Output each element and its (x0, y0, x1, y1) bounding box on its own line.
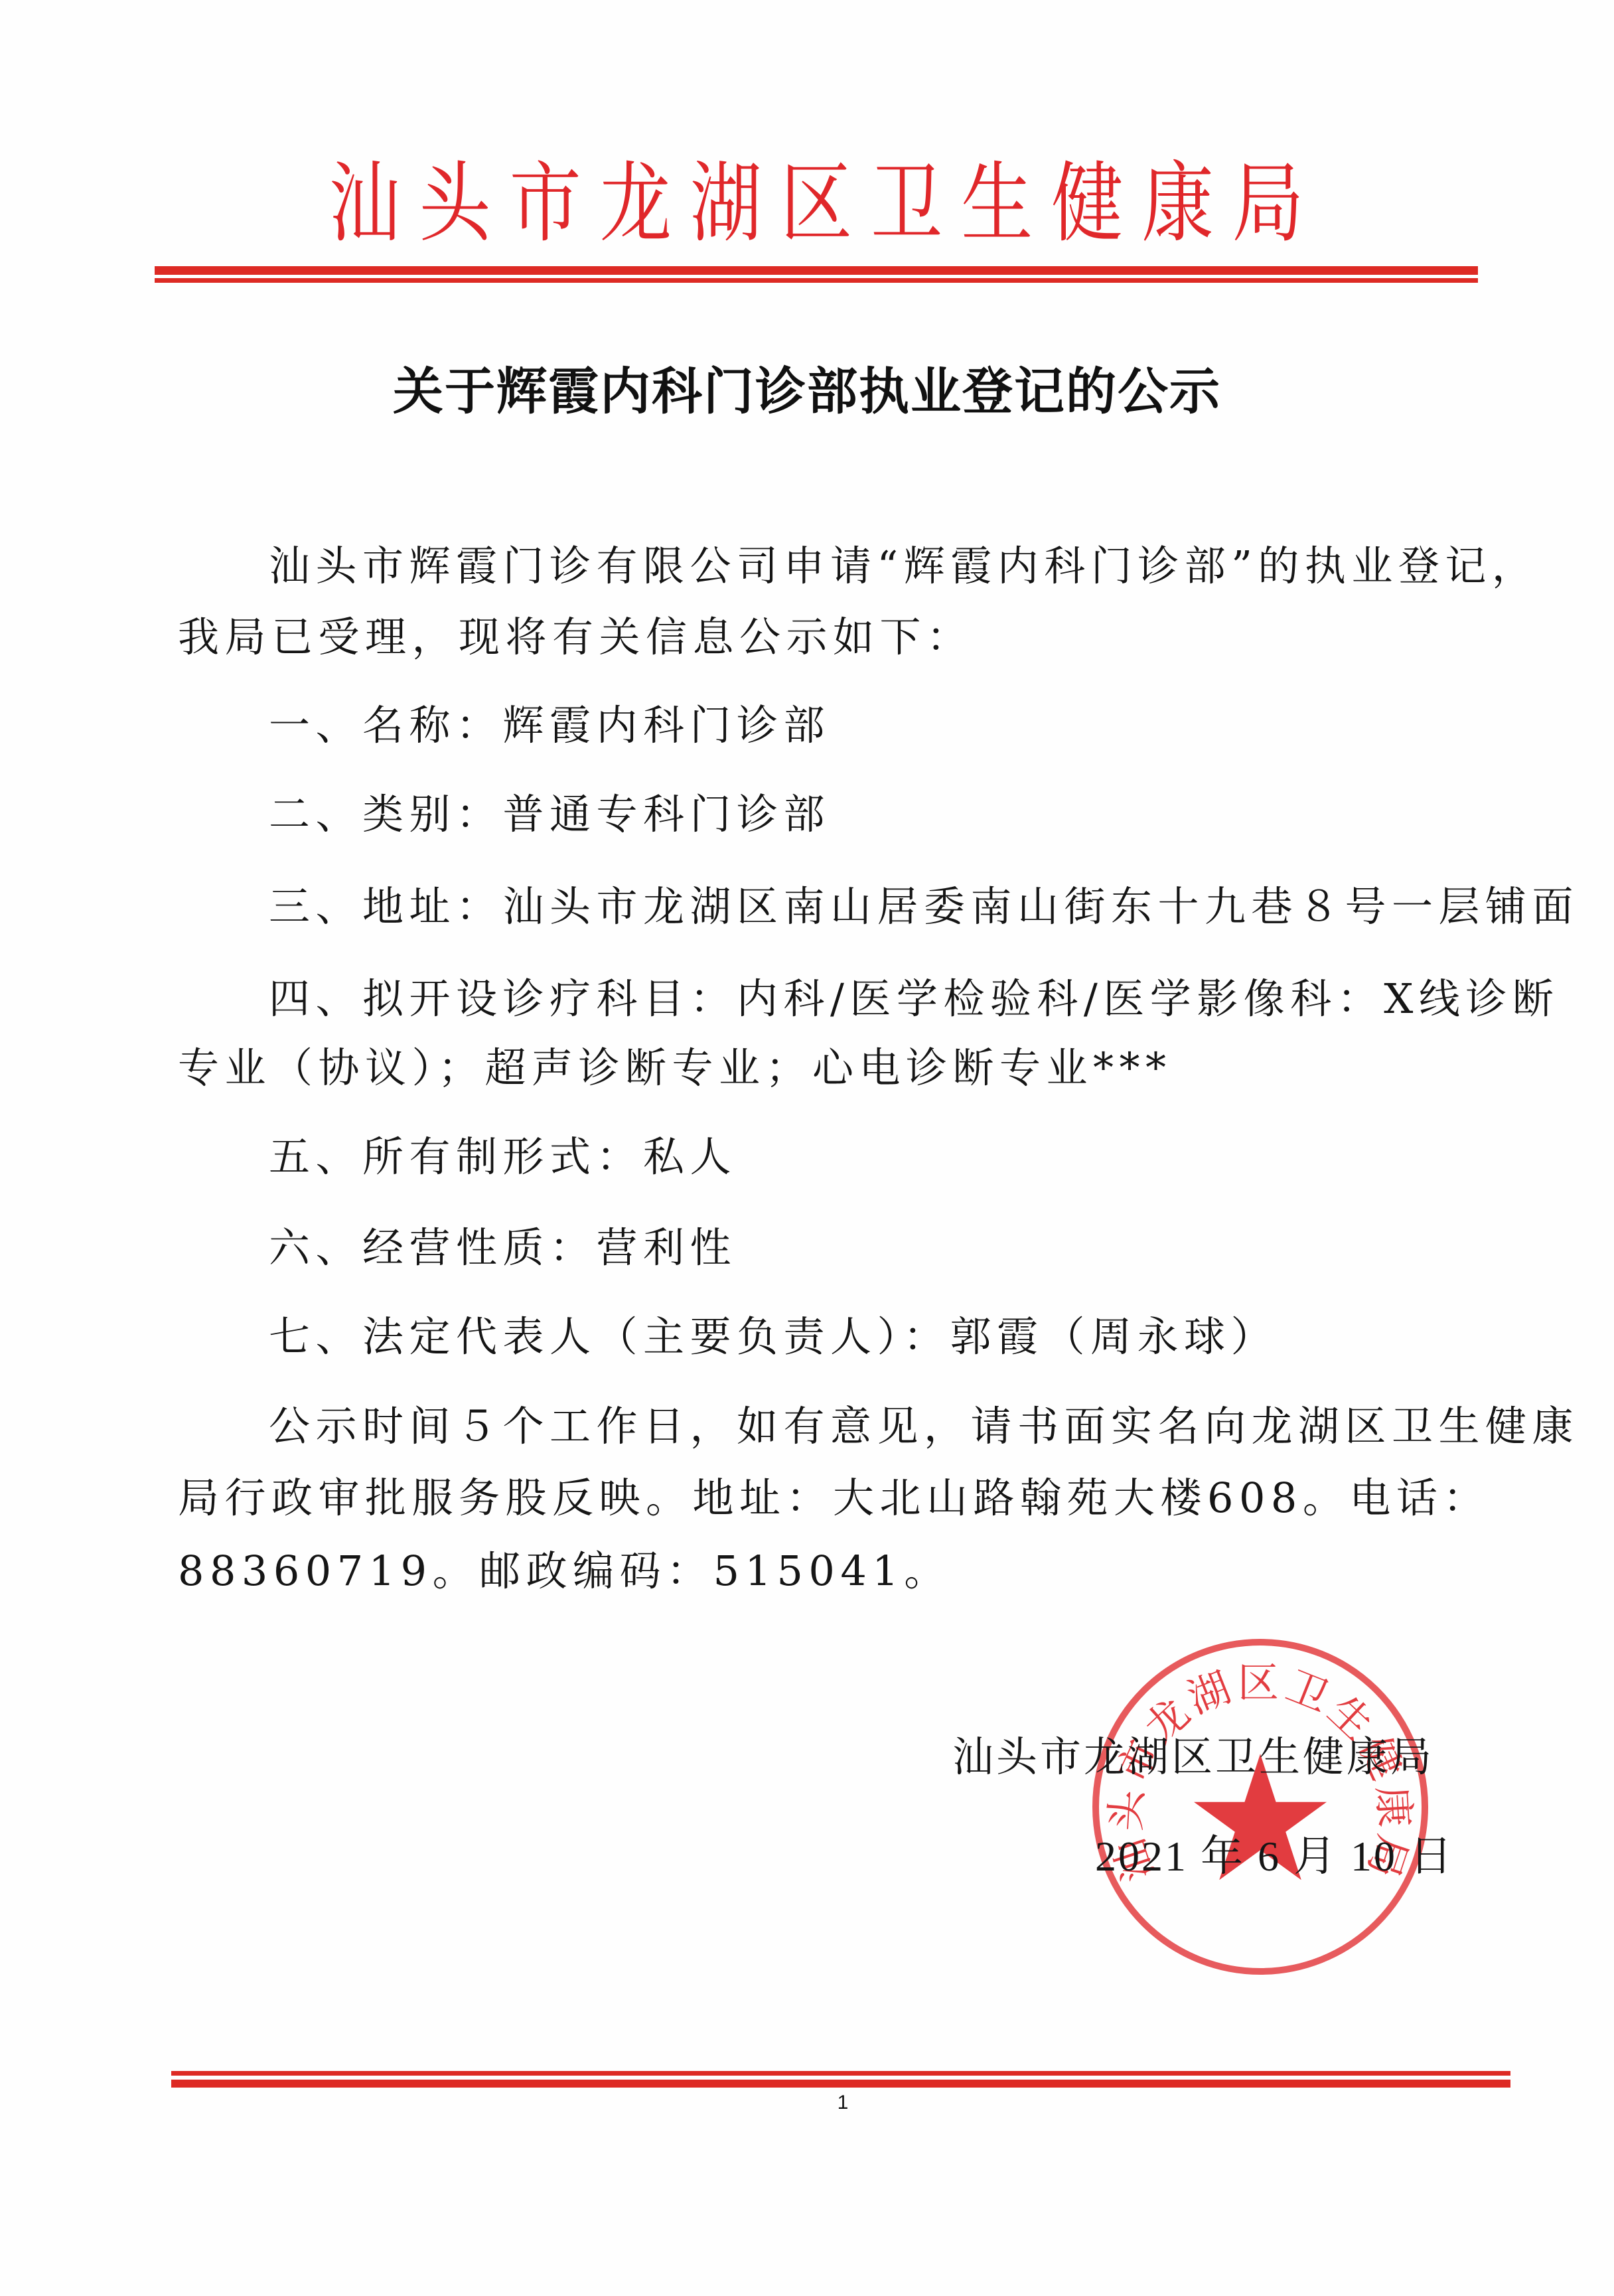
item-departments-cont: 专业（协议）；超声诊断专业；心电诊断专业*** (178, 1045, 1172, 1091)
masthead-rule-thick (155, 266, 1478, 275)
item-label: 一、名称： (269, 701, 503, 749)
footer-rule-thin (171, 2071, 1510, 2076)
official-seal: 汕头市龙湖区卫生健康局 (1092, 1639, 1428, 1975)
item-label: 三、地址： (269, 882, 503, 931)
item-label: 六、经营性质： (269, 1223, 597, 1272)
item-value: 郭霞（周永球） (950, 1312, 1278, 1361)
footer-rule-thick (171, 2080, 1510, 2088)
masthead-rule-thin (155, 278, 1478, 283)
notice-line-1: 公示时间５个工作日，如有意见，请书面实名向龙湖区卫生健康 (269, 1403, 1579, 1450)
item-departments: 四、拟开设诊疗科目：内科/医学检验科/医学影像科：X线诊断 (269, 976, 1559, 1022)
notice-line-3: 88360719。邮政编码：515041。 (178, 1548, 951, 1594)
item-label: 二、类别： (269, 790, 503, 838)
item-label: 七、法定代表人（主要负责人）： (269, 1312, 950, 1361)
item-category: 二、类别：普通专科门诊部 (269, 791, 830, 838)
intro-line-1: 汕头市辉霞门诊有限公司申请“辉霞内科门诊部”的执业登记， (269, 543, 1538, 589)
intro-line-2: 我局已受理，现将有关信息公示如下： (178, 614, 974, 660)
item-label: 四、拟开设诊疗科目： (269, 974, 737, 1023)
item-legal-rep: 七、法定代表人（主要负责人）：郭霞（周永球） (269, 1314, 1278, 1360)
item-label: 五、所有制形式： (269, 1132, 643, 1181)
page-number: 1 (823, 2091, 863, 2115)
item-ownership: 五、所有制形式：私人 (269, 1134, 737, 1180)
item-value: 营利性 (597, 1223, 737, 1272)
item-value: 汕头市龙湖区南山居委南山街东十九巷８号一层铺面 (503, 882, 1579, 931)
item-address: 三、地址：汕头市龙湖区南山居委南山街东十九巷８号一层铺面 (269, 883, 1579, 930)
masthead-title: 汕头市龙湖区卫生健康局 (273, 154, 1358, 254)
item-value: 私人 (643, 1132, 737, 1181)
notice-line-2: 局行政审批服务股反映。地址：大北山路翰苑大楼608。电话： (178, 1475, 1490, 1521)
signature-date: 2021 年 6 月 10 日 (1095, 1833, 1454, 1880)
item-value: 内科/医学检验科/医学影像科：X线诊断 (737, 974, 1559, 1023)
item-name: 一、名称：辉霞内科门诊部 (269, 702, 830, 749)
item-value: 辉霞内科门诊部 (503, 701, 831, 749)
item-value: 普通专科门诊部 (503, 790, 831, 838)
document-title: 关于辉霞内科门诊部执业登记的公示 (0, 362, 1614, 421)
signature-org: 汕头市龙湖区卫生健康局 (952, 1734, 1434, 1780)
item-business-nature: 六、经营性质：营利性 (269, 1225, 737, 1271)
